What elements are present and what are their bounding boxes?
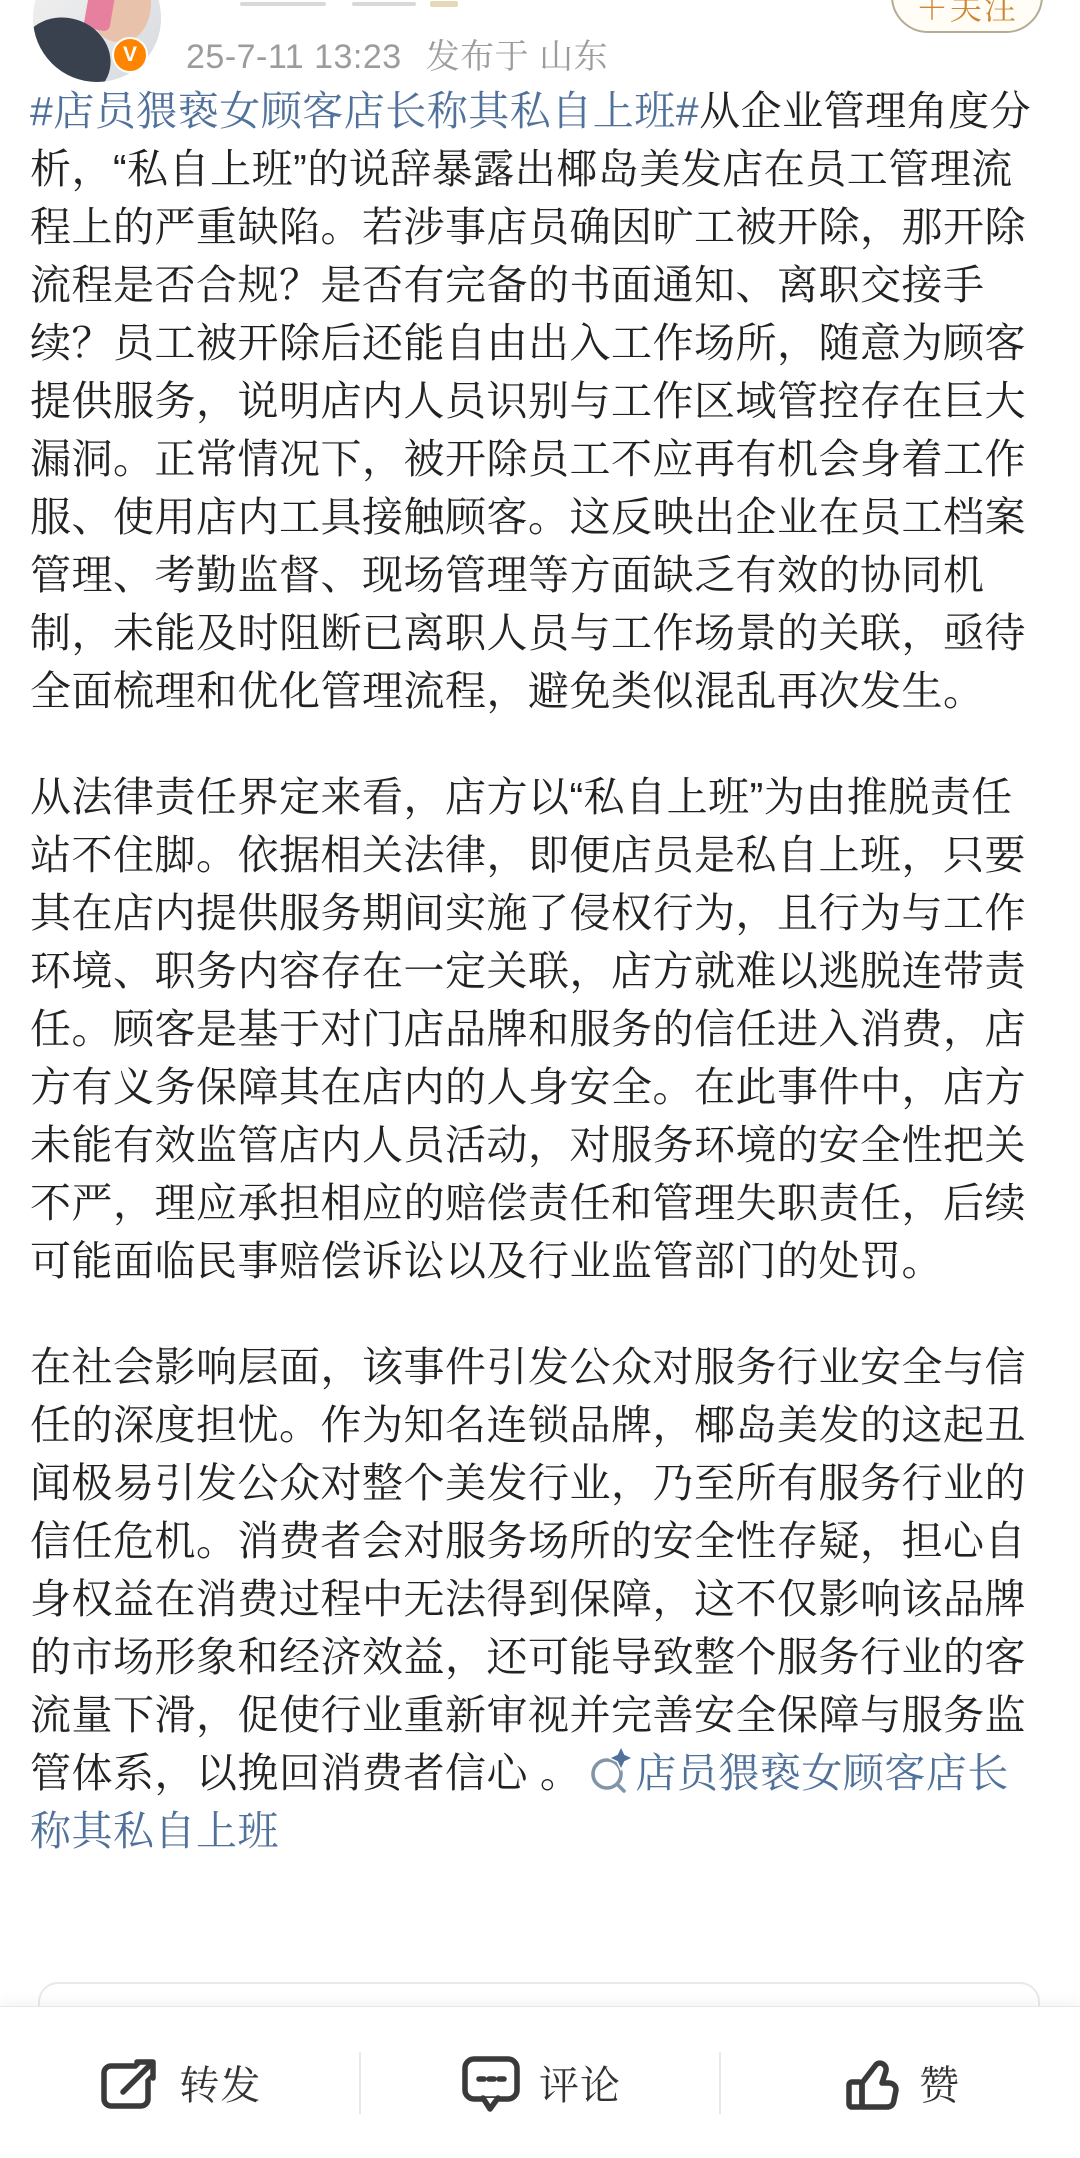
post-text: #店员猥亵女顾客店长称其私自上班#从企业管理角度分析，“私自上班”的说辞暴露出椰… (30, 82, 1050, 1860)
share-arrow-icon (97, 2054, 163, 2112)
clipped-username-remnant (240, 2, 326, 6)
thumbs-up-icon (841, 2053, 903, 2113)
post-paragraph: 在社会影响层面，该事件引发公众对服务行业安全与信任的深度担忧。作为知名连锁品牌，… (30, 1338, 1050, 1860)
post-location: 发布于 山东 (426, 38, 608, 76)
follow-button[interactable]: ＋关注 (891, 0, 1043, 33)
paragraph-text: 从企业管理角度分析，“私自上班”的说辞暴露出椰岛美发店在员工管理流程上的严重缺陷… (30, 88, 1031, 714)
hashtag-link[interactable]: #店员猥亵女顾客店长称其私自上班# (30, 88, 699, 134)
follow-button-label: ＋关注 (893, 0, 1041, 29)
clipped-username-remnant (352, 2, 416, 6)
paragraph-text: 在社会影响层面，该事件引发公众对服务行业安全与信任的深度担忧。作为知名连锁品牌，… (30, 1344, 1026, 1796)
speech-bubble-icon (459, 2052, 523, 2114)
post-timestamp: 25-7-11 13:23 (186, 38, 402, 76)
comment-button[interactable]: 评论 (361, 2007, 720, 2158)
like-button[interactable]: 赞 (721, 2007, 1080, 2158)
post-paragraph: 从法律责任界定来看，店方以“私自上班”为由推脱责任站不住脚。依据相关法律，即便店… (30, 768, 1050, 1290)
clipped-username-remnant (430, 1, 458, 7)
action-toolbar: 转发 评论 赞 (0, 2006, 1080, 2158)
verified-badge-icon: V (112, 37, 148, 73)
comment-label: 评论 (539, 2054, 621, 2111)
post-meta: 25-7-11 13:23 发布于 山东 (186, 29, 608, 78)
sparkle-search-icon (587, 1748, 633, 1794)
like-label: 赞 (919, 2054, 960, 2111)
post-paragraph: #店员猥亵女顾客店长称其私自上班#从企业管理角度分析，“私自上班”的说辞暴露出椰… (30, 82, 1050, 720)
repost-button[interactable]: 转发 (0, 2007, 359, 2158)
paragraph-text: 从法律责任界定来看，店方以“私自上班”为由推脱责任站不住脚。依据相关法律，即便店… (30, 774, 1026, 1284)
repost-label: 转发 (179, 2054, 261, 2111)
